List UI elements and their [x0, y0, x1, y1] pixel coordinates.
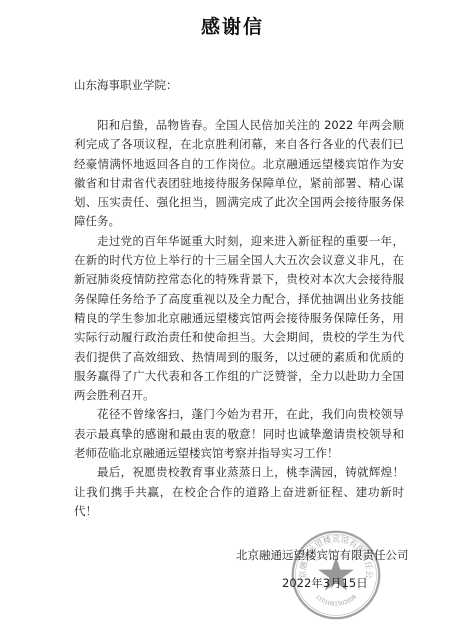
paragraph-2: 走过党的百年华诞重大时刻，迎来进入新征程的重要一年，在新的时代方位上举行的十三届… [74, 232, 404, 406]
signature-company: 北京融通远望楼宾馆有限责任公司 [236, 547, 409, 563]
letter-body: 阳和启蛰，品物皆春。全国人民倍加关注的 2022 年两会顺利完成了各项议程，在北… [74, 116, 404, 521]
svg-text:1101081502008: 1101081502008 [314, 594, 358, 608]
salutation: 山东海事职业学院： [74, 77, 178, 93]
paragraph-4: 最后，祝愿贵校教育事业蒸蒸日上，桃李满园，铸就辉煌！让我们携手共赢，在校企合作的… [74, 463, 404, 521]
seal-serial: 1101081502008 [314, 594, 358, 608]
paragraph-3: 花径不曾缘客扫，蓬门今始为君开，在此，我们向贵校领导表示最真挚的感谢和最由衷的敬… [74, 405, 404, 463]
paragraph-1: 阳和启蛰，品物皆春。全国人民倍加关注的 2022 年两会顺利完成了各项议程，在北… [74, 116, 404, 232]
letter-title: 感谢信 [0, 12, 465, 39]
signature-date: 2022年3月15日 [282, 575, 368, 591]
